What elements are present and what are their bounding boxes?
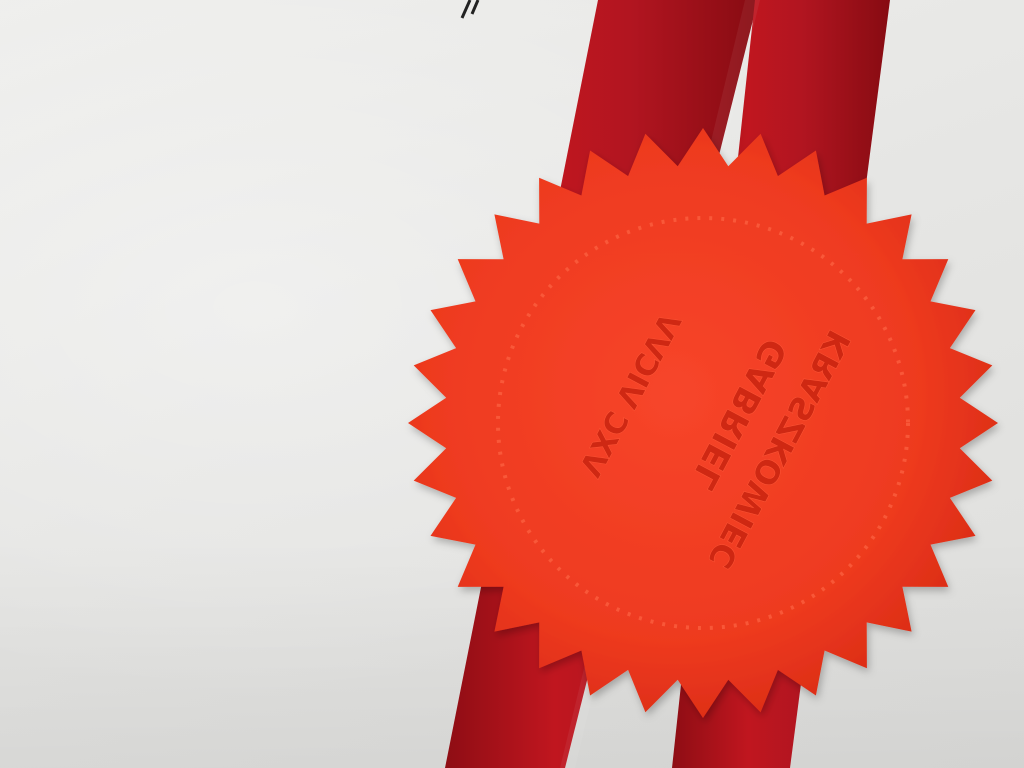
ink-mark — [462, 0, 478, 18]
seal-scene: GABRIELKRASZKOWIECΛΛϽΙΛ ϽΧΛ — [0, 0, 1024, 768]
